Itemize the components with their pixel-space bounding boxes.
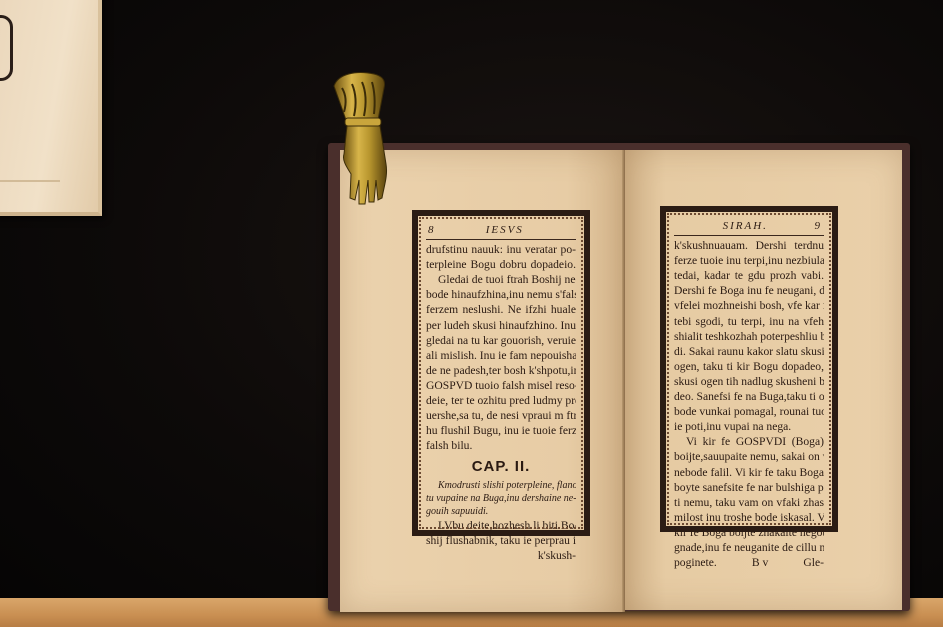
text-line: bode hinaufzhina,inu nemu s'falsh	[426, 287, 576, 302]
text-line: Dershi fe Boga inu fe neugani, de	[674, 283, 824, 298]
cover-ornament	[0, 15, 13, 81]
text-line: gnade,inu fe neuganite de cillu ne-	[674, 540, 824, 555]
text-line: boijte,sauupaite nemu, sakai on vā	[674, 449, 824, 464]
cover-rule	[0, 180, 60, 182]
text-line: shij flushabnik, taku ie perprau i	[426, 533, 576, 548]
text-line: Vi kir fe GOSPVDI (Boga)	[674, 434, 824, 449]
text-line: gledai na tu kar gouorish, veruiesh	[426, 333, 576, 348]
right-page-footer-line: poginete. B v Gle-	[674, 555, 824, 570]
text-line: shialit teshkozhah poterpeshliu bo	[674, 329, 824, 344]
text-line: tebi sgodi, tu terpi, inu na vfeh	[674, 314, 824, 329]
signature-mark: B v	[752, 555, 768, 570]
text-line: ali mislish. Inu ie fam nepouishai	[426, 348, 576, 363]
left-catchword: k'skush-	[426, 548, 576, 563]
text-line: LVbu deite,hozhesh li biti Bo-	[426, 518, 576, 533]
text-line: deo. Sanefsi fe na Buga,taku ti on	[674, 389, 824, 404]
text-line: deie, ter te ozhitu pred ludmy pre-	[426, 393, 576, 408]
text-line: per ludeh skusi hinaufzhino. Inu	[426, 318, 576, 333]
text-line: milost inu troshe bode iskasal. Vi	[674, 510, 824, 525]
text-line: drufstinu nauuk: inu veratar po-	[426, 242, 576, 257]
adjacent-book-corner	[0, 0, 102, 216]
left-running-title: IESVS	[436, 223, 575, 238]
left-page-text-block: 8 IESVS drufstinu nauuk: inu veratar po-…	[412, 210, 590, 536]
book-gutter	[622, 150, 625, 612]
right-catchword: Gle-	[803, 555, 824, 570]
text-line: ferzem neslushi. Ne ifzhi huale	[426, 302, 576, 317]
text-line: bode vunkai pomagal, rounai tuo-	[674, 404, 824, 419]
right-page-number: 9	[815, 219, 823, 234]
text-line: terpleine Bogu dobru dopadeio.	[426, 257, 576, 272]
chapter-summary-line: gouih sapuuidi.	[426, 505, 576, 518]
text-line: ferze tuoie inu terpi,inu nezbiulai,	[674, 253, 824, 268]
chapter-summary-line: Kmodrusti slishi poterpleine, flanoui-	[426, 479, 576, 492]
text-line: falsh bilu.	[426, 438, 576, 453]
brass-hand-clip-icon	[330, 68, 394, 210]
left-page-number: 8	[428, 223, 436, 238]
text-line: kir fe Boga boijte zhakaite negoue	[674, 525, 824, 540]
text-line: ie poti,inu vupai na nega.	[674, 419, 824, 434]
text-line: k'skushnuauam. Dershi terdnu	[674, 238, 824, 253]
right-running-title: SIRAH.	[676, 219, 815, 234]
text-line: vfelei mozhneishi bosh, vfe kar fe	[674, 298, 824, 313]
text-line: di. Sakai raunu kakor slatu skusi	[674, 344, 824, 359]
text-line: GOSPVD tuoio falsh misel reso-	[426, 378, 576, 393]
text-line: ti nemu, taku vam on vfaki zhas	[674, 495, 824, 510]
text-line: uershe,sa tu, de nesi vpraui m ftra-	[426, 408, 576, 423]
left-running-head: 8 IESVS	[426, 222, 576, 240]
right-page-text-block: SIRAH. 9 k'skushnuauam. Dershi terdnu fe…	[660, 206, 838, 532]
text-line: nebode falil. Vi kir fe taku Boga	[674, 465, 824, 480]
text-line: tedai, kadar te gdu prozh vabi.	[674, 268, 824, 283]
text-line: boyte sanefsite fe nar bulshiga pru-	[674, 480, 824, 495]
text-line: skusi ogen tih nadlug skusheni bo-	[674, 374, 824, 389]
text-line: de ne padesh,ter bosh k'shpotu,inu	[426, 363, 576, 378]
text-line: poginete.	[674, 555, 717, 570]
right-running-head: SIRAH. 9	[674, 218, 824, 236]
chapter-heading: CAP. II.	[426, 459, 576, 474]
text-line: ogen, taku ti kir Bogu dopadeo,	[674, 359, 824, 374]
chapter-summary-line: tu vupaine na Buga,inu dershaine ne-	[426, 492, 576, 505]
text-line: hu flushil Bugu, inu ie tuoie ferze	[426, 423, 576, 438]
text-line: Gledai de tuoi ftrah Boshij ne-	[426, 272, 576, 287]
